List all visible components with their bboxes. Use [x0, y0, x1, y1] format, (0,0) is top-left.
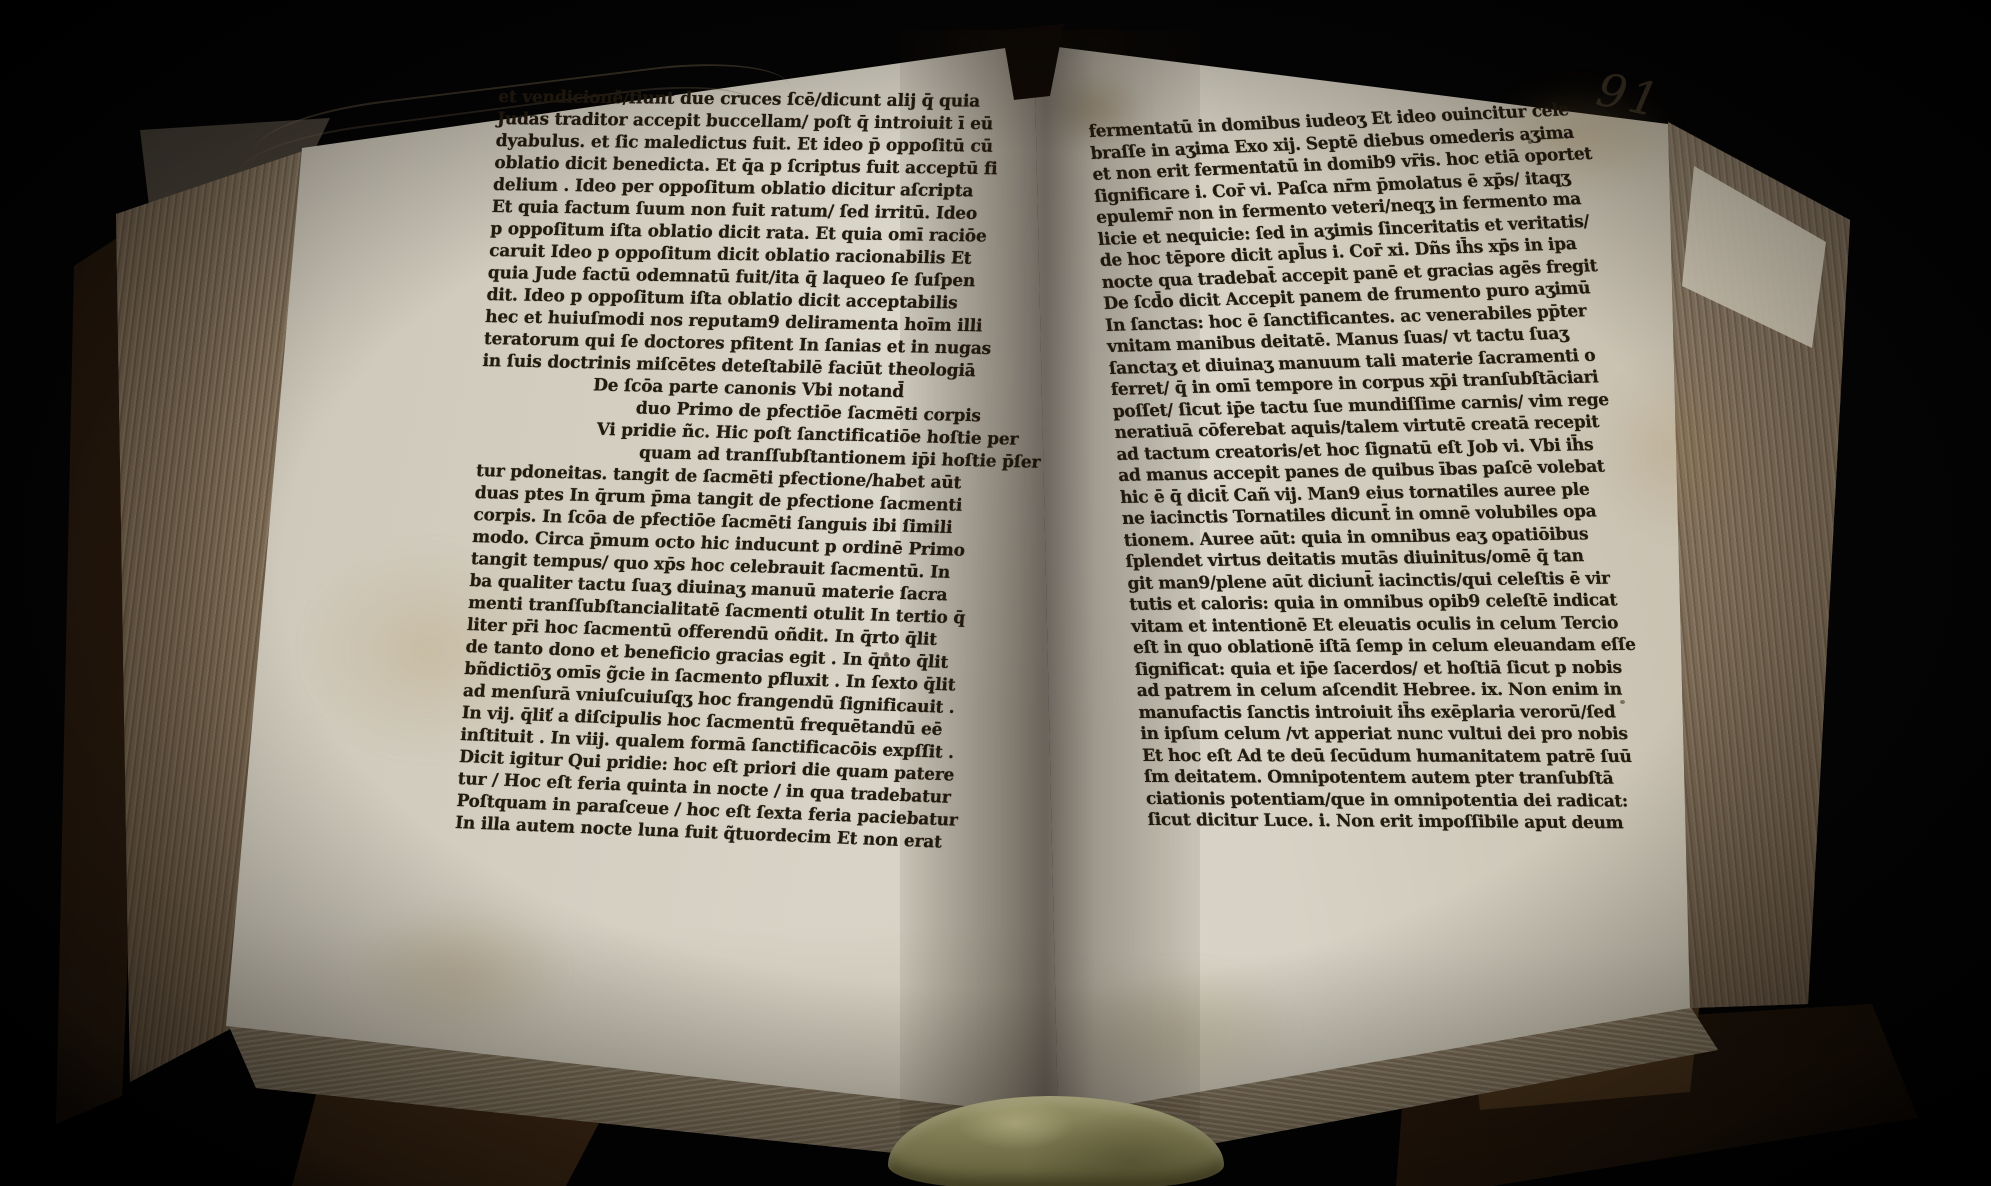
text-line: ſignificat: quia et ip̄e ſacerdos/ et ho… [1134, 657, 1638, 681]
page-stain [350, 900, 570, 1040]
text-line: ad patrem in celum aſcendit Hebree. ix. … [1136, 680, 1640, 703]
right-page-text: fermentatū in domibus iudeoʒ Et ideo oui… [1088, 118, 1651, 831]
text-line: tutis et caloris: quia in omnibus opib9 … [1129, 590, 1633, 616]
text-line: manufactis ſanctis introiuit ih̄s exēpla… [1138, 702, 1642, 724]
text-line: vitam et intentionē Et eleuatis oculis i… [1130, 613, 1634, 638]
text-line: in ipſum celum /vt apperiat nunc vultui … [1140, 724, 1644, 746]
page-stain [1060, 960, 1300, 1100]
text-line: eſt in quo oblationē iſtā ſemp in celum … [1132, 635, 1636, 660]
text-line: ſm deitatem. Omnipotentem autem pter tra… [1143, 767, 1647, 790]
text-line: Et hoc eſt Ad te deū ſecūdum humanitatem… [1142, 745, 1646, 768]
book-photo: et vendicionē/fiunt due cruces ſcē/dicun… [0, 0, 1991, 1186]
spine-vellum-tab [888, 1096, 1224, 1186]
text-line: ſicut dicitur Luce. i. Non erit impoſſib… [1147, 810, 1651, 835]
text-line: ciationis potentiam/que in omnipotentia … [1145, 788, 1649, 812]
left-page-text: et vendicionē/fiunt due cruces ſcē/dicun… [455, 86, 1063, 838]
